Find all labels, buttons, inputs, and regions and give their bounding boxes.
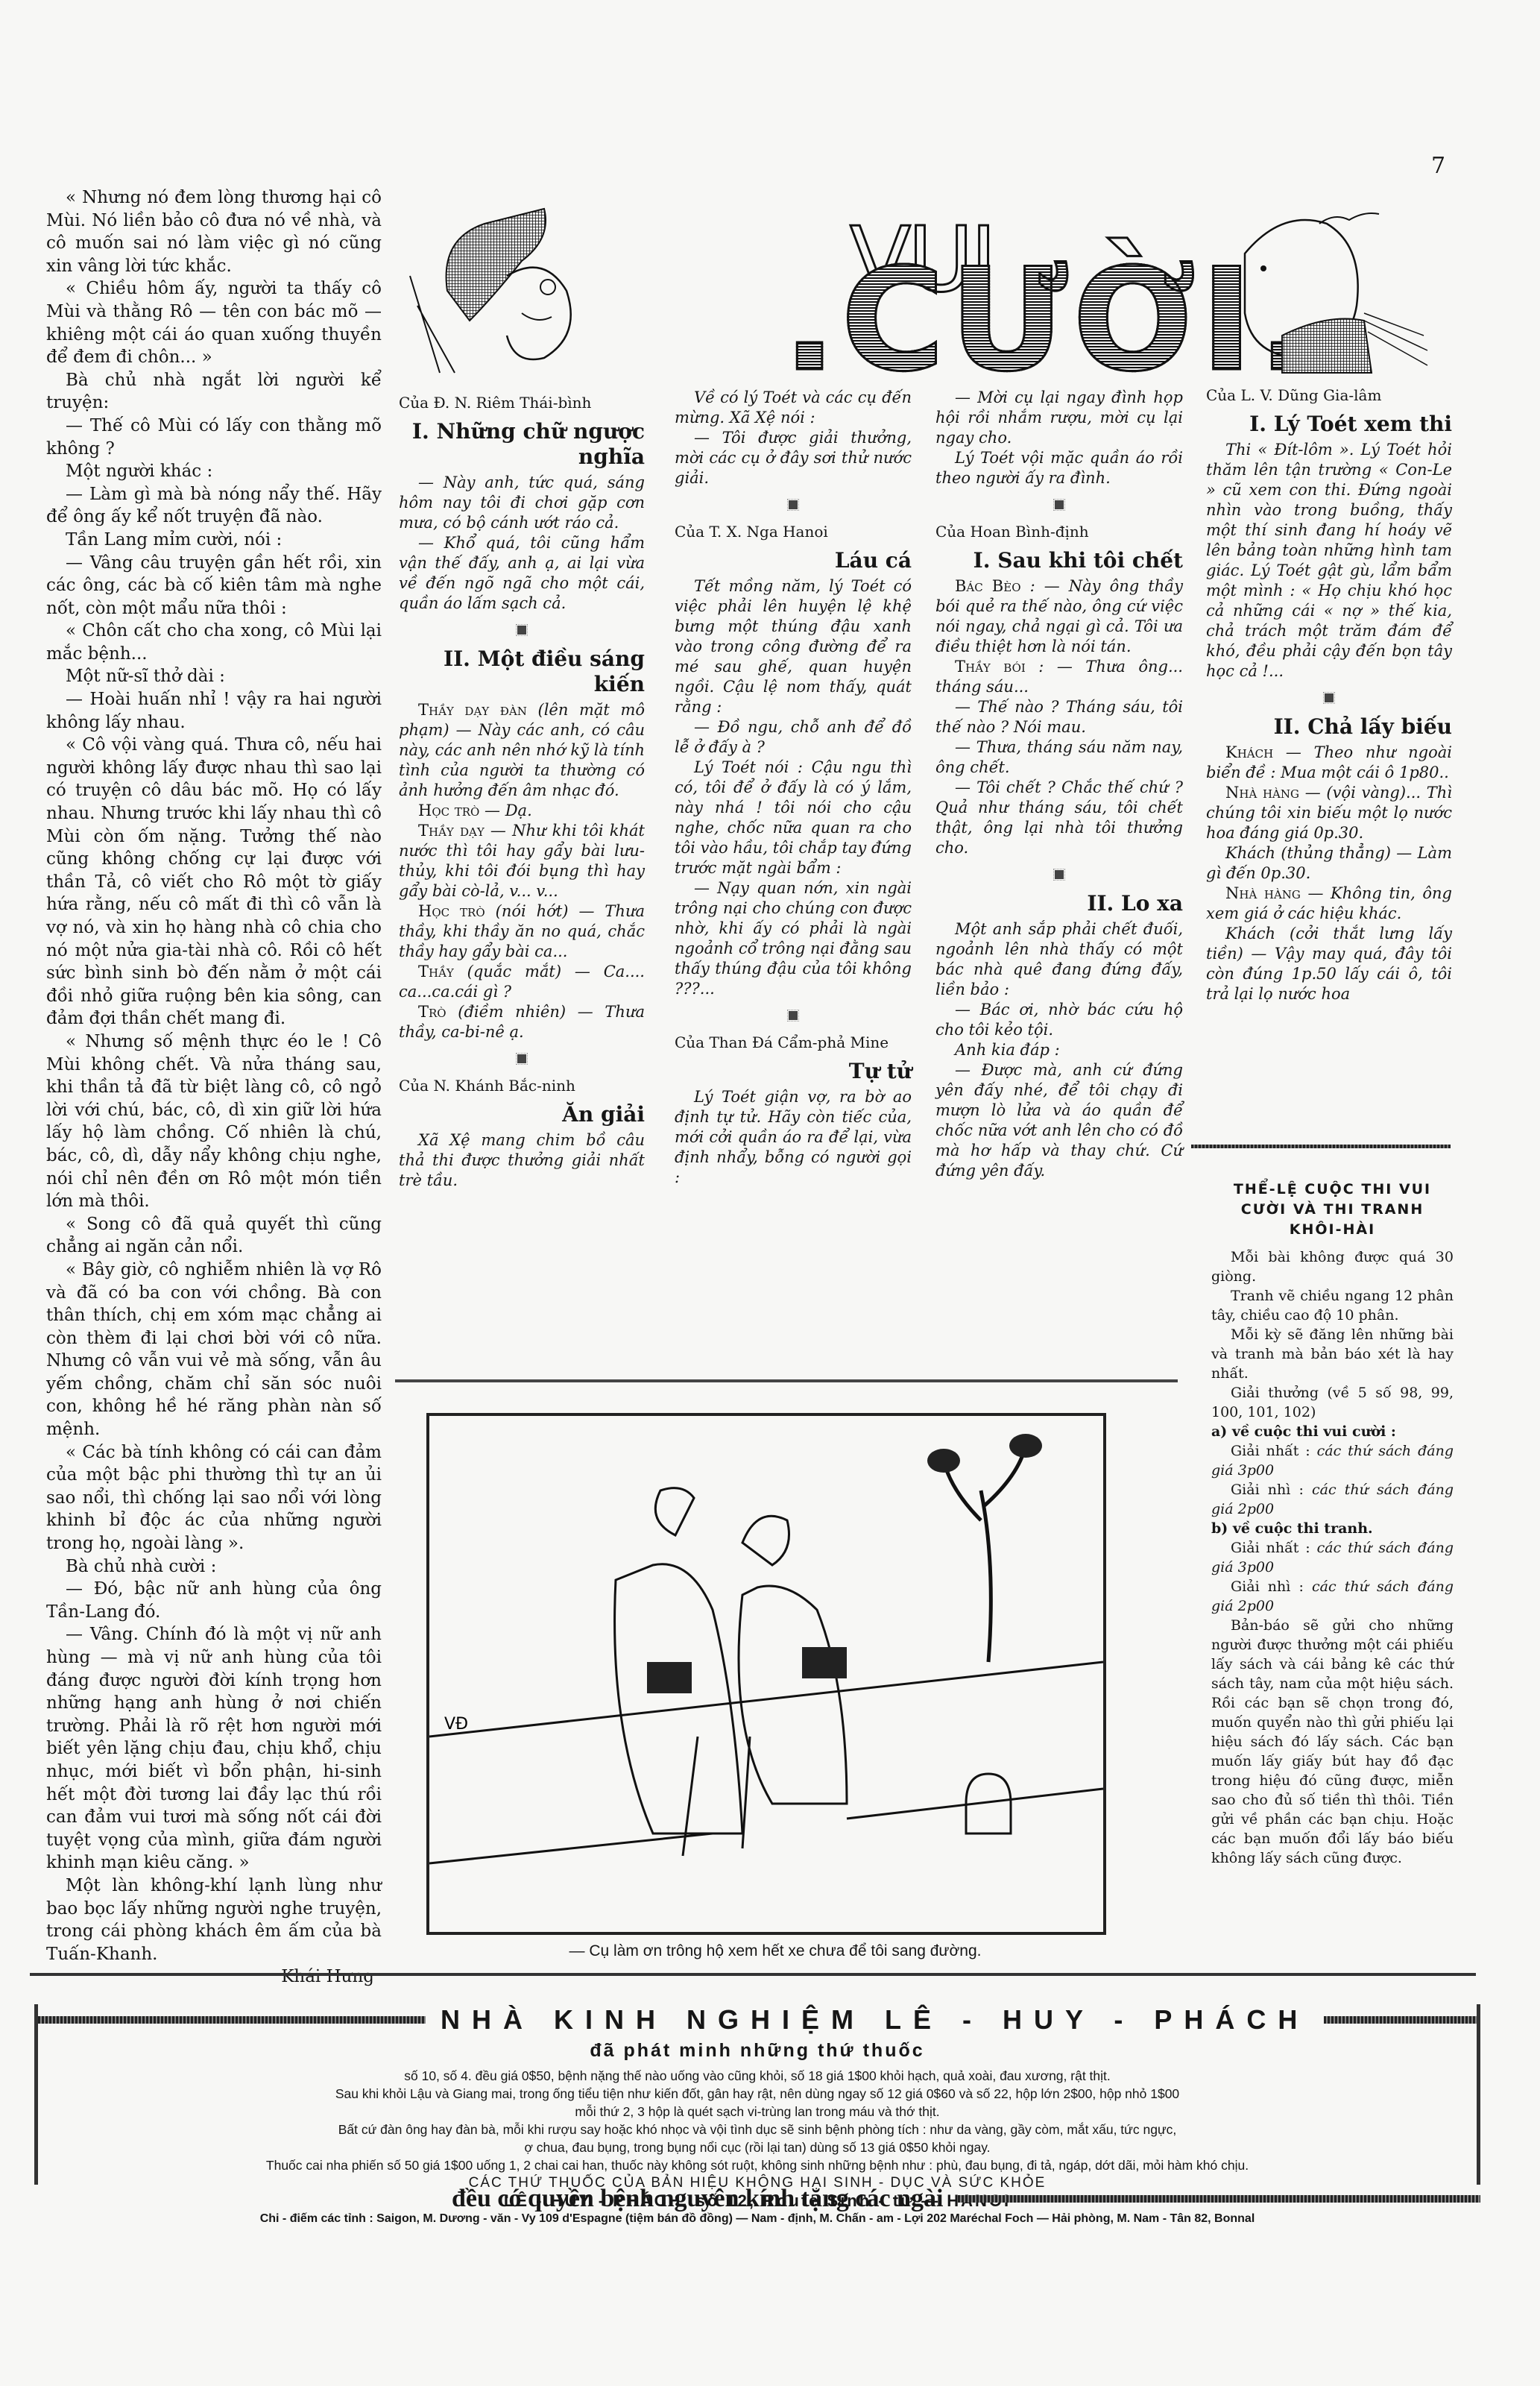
joke-line: Một anh sắp phải chết đuối, ngoảnh lên n… [935, 919, 1183, 1000]
jokes-column-5: Của L. V. Dũng Gia-lâm I. Lý Toét xem th… [1206, 380, 1452, 1004]
ad-line: mỗi thứ 2, 3 hộp là quét sạch vi-trùng l… [38, 2103, 1477, 2121]
ad-subtitle: đã phát minh những thứ thuốc [38, 2040, 1477, 2062]
story-author: Khái Hưng [46, 1965, 382, 1989]
jokes-column-3: Về có lý Toét và các cụ đến mừng. Xã Xệ … [675, 388, 912, 1188]
story-paragraph: — Đó, bậc nữ anh hùng của ông Tần-Lang đ… [46, 1578, 382, 1623]
separator-ornament-icon [789, 1011, 798, 1020]
joke-line: Anh kia đáp : [935, 1040, 1183, 1060]
rule-section-a: a) về cuộc thi vui cười : [1211, 1422, 1454, 1441]
joke-line: Lý Toét nói : Cậu ngu thì có, tôi để ở đ… [675, 758, 912, 878]
contest-rules: THỂ-LỆ CUỘC THI VUI CƯỜI VÀ THI TRANH KH… [1211, 1163, 1454, 1868]
speaker: Nhà hàng [1225, 784, 1299, 802]
separator-ornament-icon [517, 626, 526, 635]
rule-item: Giải thưởng (về 5 số 98, 99, 100, 101, 1… [1211, 1383, 1454, 1422]
separator-ornament-icon [1055, 870, 1064, 879]
story-paragraph: Bà chủ nhà ngắt lời người kể truyện: [46, 369, 382, 415]
speaker: Trò [418, 1003, 446, 1021]
byline: Của T. X. Nga Hanoi [675, 521, 912, 542]
joke-line: — Thế nào ? Tháng sáu, tôi thế nào ? Nói… [935, 697, 1183, 737]
byline: Của L. V. Dũng Gia-lâm [1206, 385, 1452, 406]
story-paragraph: Một người khác : [46, 460, 382, 483]
caricature-right-icon [1200, 194, 1446, 380]
cartoon-signature: VĐ [444, 1715, 468, 1734]
story-paragraph: Một nữ-sĩ thở dài : [46, 665, 382, 688]
prize-label: Giải nhì : [1231, 1482, 1304, 1498]
story-paragraph: « Chôn cất cho cha xong, cô Mùi lại mắc … [46, 620, 382, 665]
speaker: Học trò [418, 802, 479, 819]
ad-line: ợ chua, đau bụng, trong bụng nổi cục (rồ… [38, 2138, 1477, 2156]
rule-section-b: b) về cuộc thi tranh. [1211, 1519, 1454, 1538]
story-column-left: « Nhưng nó đem lòng thương hại cô Mùi. N… [46, 186, 382, 1989]
story-paragraph: « Cô vội vàng quá. Thưa cô, nếu hai ngườ… [46, 734, 382, 1030]
joke-line: — Này anh, tức quá, sáng hôm nay tôi đi … [399, 473, 645, 533]
cartoon-caption: — Cụ làm ơn trông hộ xem hết xe chưa để … [477, 1942, 1073, 1960]
story-paragraph: — Làm gì mà bà nóng nẩy thế. Hãy để ông … [46, 483, 382, 529]
ad-line: Sau khi khỏi Lậu và Giang mai, trong ống… [38, 2085, 1477, 2103]
joke-title: II. Một điều sáng kiến [399, 646, 645, 697]
speaker: Thầy dạy đàn [418, 701, 527, 719]
byline: Của Đ. N. Riêm Thái-bình [399, 392, 645, 413]
speaker: Thầy bói [955, 658, 1026, 676]
prize-label: Giải nhất : [1231, 1540, 1310, 1556]
story-paragraph: « Chiều hôm ấy, người ta thấy cô Mùi và … [46, 277, 382, 368]
ad-border-ornament [1324, 2016, 1477, 2024]
ad-border-ornament [958, 2195, 1480, 2203]
ad-line: số 10, số 4. đều giá 0$50, bệnh nặng thế… [38, 2067, 1477, 2085]
speaker: Bác Bèo [955, 577, 1021, 595]
ad-footer: đều có quyền bệnh nguyên kính tặng các n… [34, 2185, 1480, 2213]
joke-line: — Thưa, tháng sáu năm nay, ông chết. [935, 737, 1183, 778]
masthead-vui-cuoi: VUI .CƯỜI. [768, 216, 1185, 388]
rule-closing: Bản-báo sẽ gửi cho những người được thưở… [1211, 1616, 1454, 1868]
separator-ornament-icon [1325, 693, 1334, 702]
ad-title: NHÀ KINH NGHIỆM LÊ - HUY - PHÁCH [441, 2004, 1309, 2036]
cartoon-frame: VĐ [426, 1413, 1106, 1935]
story-paragraph: « Bây giờ, cô nghiễm nhiên là vợ Rô và đ… [46, 1259, 382, 1441]
speaker: Khách [1225, 743, 1273, 761]
joke-line: Khách (cởi thắt lưng lấy tiền) — Vậy may… [1206, 924, 1452, 1004]
joke-title: Tự tử [675, 1059, 912, 1084]
speaker: Thầy [418, 963, 454, 980]
ad-footer-text: đều có quyền bệnh nguyên kính tặng các n… [452, 2185, 943, 2213]
cartoon-two-old-men-icon: VĐ [429, 1416, 1103, 1932]
joke-title: Láu cá [675, 548, 912, 573]
story-paragraph: Bà chủ nhà cười : [46, 1555, 382, 1578]
advertisement-le-huy-phach: NHÀ KINH NGHIỆM LÊ - HUY - PHÁCH đã phát… [34, 2004, 1480, 2185]
joke-line: Xã Xệ mang chim bồ câu thả thi được thưở… [399, 1130, 645, 1191]
joke-title: I. Những chữ ngược nghĩa [399, 419, 645, 470]
rule-item: Mỗi kỳ sẽ đăng lên những bài và tranh mà… [1211, 1325, 1454, 1383]
story-paragraph: « Nhưng số mệnh thực éo le ! Cô Mùi khôn… [46, 1030, 382, 1213]
joke-line: Lý Toét giận vợ, ra bờ ao định tự tử. Hã… [675, 1087, 912, 1188]
joke-line: Lý Toét vội mặc quần áo rồi theo người ấ… [935, 448, 1183, 488]
speaker: Nhà hàng [1225, 884, 1301, 902]
prize-label: Giải nhì : [1231, 1578, 1304, 1595]
byline: Của N. Khánh Bắc-ninh [399, 1075, 645, 1096]
contest-rules-heading: THỂ-LỆ CUỘC THI VUI CƯỜI VÀ THI TRANH KH… [1211, 1180, 1454, 1240]
joke-line: Thi « Đít-lôm ». Lý Toét hỏi thăm lên tậ… [1206, 440, 1452, 682]
divider [30, 1973, 1476, 1976]
ad-border-ornament [38, 2016, 426, 2024]
prize-label: Giải nhất : [1231, 1443, 1310, 1459]
joke-line: — Được mà, anh cứ đứng yên đấy nhé, để t… [935, 1060, 1183, 1181]
story-paragraph: — Hoài huấn nhỉ ! vậy ra hai người không… [46, 688, 382, 734]
joke-line: — Bác ơi, nhờ bác cứu hộ cho tôi kẻo tội… [935, 1000, 1183, 1040]
page-number: 7 [1431, 153, 1445, 179]
joke-line: — Đồ ngu, chỗ anh để đồ lễ ở đấy à ? [675, 717, 912, 758]
divider [395, 1379, 1178, 1382]
rule-item: Mỗi bài không được quá 30 giòng. [1211, 1247, 1454, 1286]
ad-line: Bất cứ đàn ông hay đàn bà, mỗi khi rượu … [38, 2121, 1477, 2138]
joke-title: I. Lý Toét xem thi [1206, 412, 1452, 437]
rule-item: Tranh vẽ chiều ngang 12 phân tây, chiều … [1211, 1286, 1454, 1325]
joke-line: Khách (thủng thẳng) — Làm gì đến 0p.30. [1206, 843, 1452, 884]
joke-line: — Tôi chết ? Chắc thế chứ ? Quả như thán… [935, 778, 1183, 858]
joke-line: — Khổ quá, tôi cũng hẩm vận thế đấy, anh… [399, 533, 645, 614]
separator-ornament-icon [1055, 500, 1064, 509]
joke-title: Ăn giải [399, 1102, 645, 1127]
story-paragraph: — Vâng. Chính đó là một vị nữ anh hùng —… [46, 1623, 382, 1875]
story-paragraph: — Vâng câu truyện gần hết rồi, xin các ô… [46, 552, 382, 620]
speaker: Thầy dạy [418, 822, 485, 840]
story-paragraph: Tần Lang mỉm cười, nói : [46, 529, 382, 552]
speaker: Học trò [418, 902, 485, 920]
ad-line: Thuốc cai nha phiến số 50 giá 1$00 uống … [38, 2156, 1477, 2174]
separator-ornament-icon [517, 1054, 526, 1063]
joke-title: II. Lo xa [935, 891, 1183, 916]
caricature-left-icon [395, 194, 596, 380]
joke-title: I. Sau khi tôi chết [935, 548, 1183, 573]
story-paragraph: « Nhưng nó đem lòng thương hại cô Mùi. N… [46, 186, 382, 277]
divider [1191, 1145, 1451, 1148]
joke-line: — Mời cụ lại ngay đình họp hội rồi nhắm … [935, 388, 1183, 448]
joke-line: — Nạy quan nớn, xin ngài trông nại cho c… [675, 878, 912, 999]
jokes-column-2: Của Đ. N. Riêm Thái-bình I. Những chữ ng… [399, 388, 645, 1191]
story-paragraph: — Thế cô Mùi có lấy con thằng mõ không ? [46, 415, 382, 460]
byline: Của Than Đá Cẩm-phả Mine [675, 1032, 912, 1053]
byline: Của Hoan Bình-định [935, 521, 1183, 542]
joke-line: Tết mồng năm, lý Toét có việc phải lên h… [675, 576, 912, 717]
story-paragraph: « Song cô đã quả quyết thì cũng chẳng ai… [46, 1213, 382, 1259]
separator-ornament-icon [789, 500, 798, 509]
story-paragraph: Một làn không-khí lạnh lùng như bao bọc … [46, 1875, 382, 1965]
joke-line: — Dạ. [485, 802, 532, 819]
joke-line: Về có lý Toét và các cụ đến mừng. Xã Xệ … [675, 388, 912, 428]
story-paragraph: « Các bà tính không có cái can đảm của m… [46, 1441, 382, 1555]
joke-line: — Tôi được giải thưởng, mời các cụ ở đây… [675, 428, 912, 488]
joke-title: II. Chả lấy biếu [1206, 714, 1452, 740]
jokes-column-4: — Mời cụ lại ngay đình họp hội rồi nhắm … [935, 388, 1183, 1181]
